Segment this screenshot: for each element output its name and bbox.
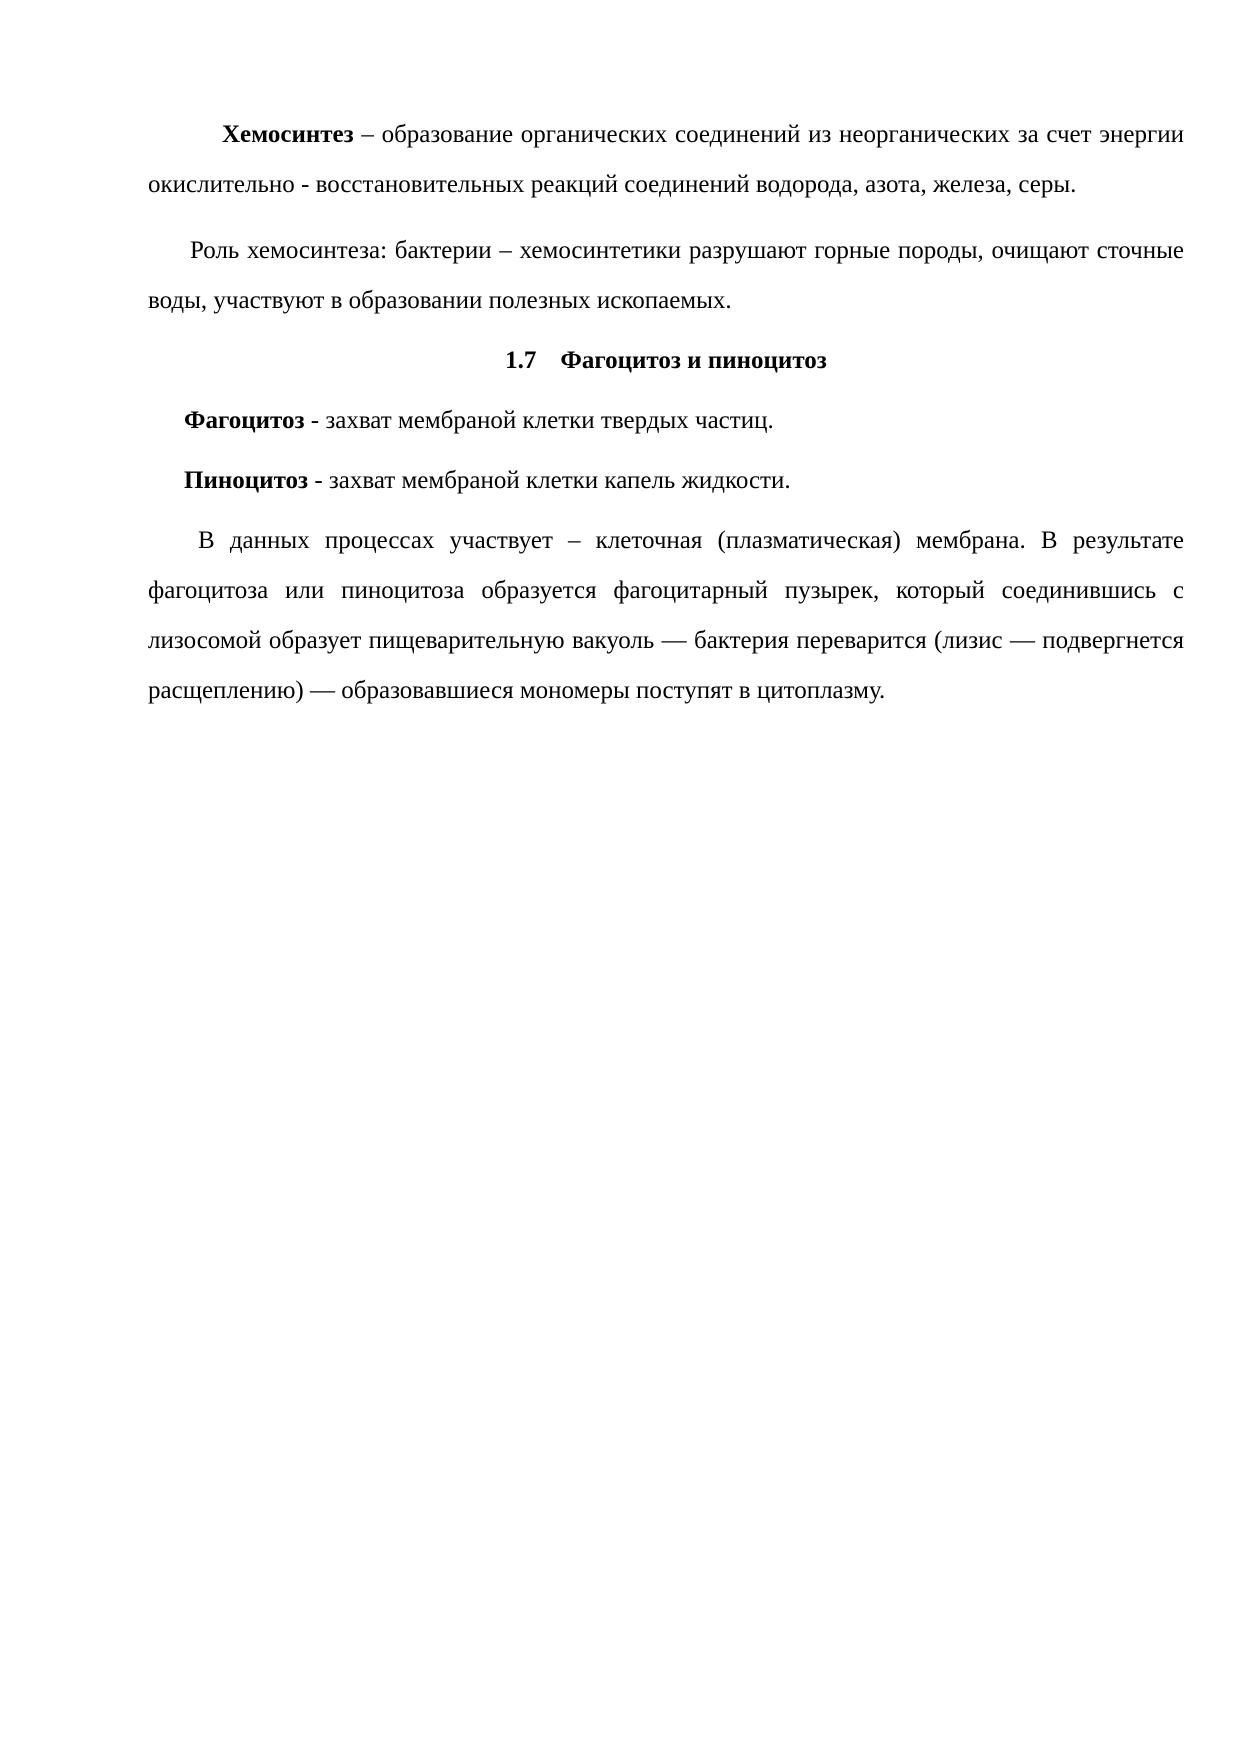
section-heading: 1.7Фагоцитоз и пиноцитоз bbox=[148, 336, 1184, 386]
definition-phagocytosis: Фагоцитоз - захват мембраной клетки твер… bbox=[148, 396, 1184, 446]
pinocytosis-definition-text: - захват мембраной клетки капель жидкост… bbox=[308, 467, 791, 494]
term-phagocytosis: Фагоцитоз bbox=[184, 407, 305, 434]
section-number: 1.7 bbox=[505, 347, 536, 374]
phagocytosis-definition-text: - захват мембраной клетки твердых частиц… bbox=[305, 407, 774, 434]
paragraph-chemosynthesis-role: Роль хемосинтеза: бактерии – хемосинтети… bbox=[148, 226, 1184, 326]
section-title: Фагоцитоз и пиноцитоз bbox=[560, 347, 826, 374]
term-pinocytosis: Пиноцитоз bbox=[184, 467, 308, 494]
paragraph-membrane-process: В данных процессах участвует – клеточная… bbox=[148, 516, 1184, 716]
document-page: Хемосинтез – образование органических со… bbox=[148, 110, 1184, 716]
term-chemosynthesis: Хемосинтез bbox=[222, 121, 354, 148]
paragraph-chemosynthesis-definition: Хемосинтез – образование органических со… bbox=[148, 110, 1184, 210]
definition-pinocytosis: Пиноцитоз - захват мембраной клетки капе… bbox=[148, 456, 1184, 506]
